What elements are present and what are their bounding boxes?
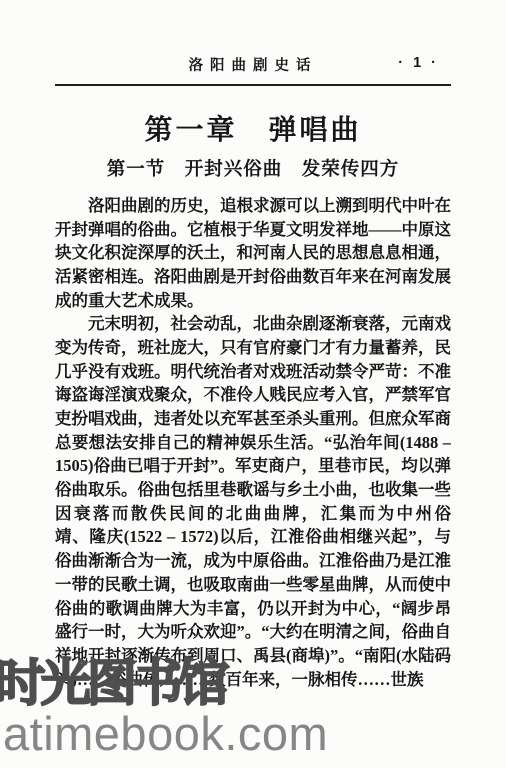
body-line: 诲盗诲淫演戏聚众，不准伶人贱民应考入官，严禁军官皂	[55, 383, 451, 407]
body-line: 俗曲渐渐合为一流，成为中原俗曲。江淮俗曲乃是江淮	[55, 549, 451, 573]
body-line: 成的重大艺术成果。	[55, 289, 451, 313]
scanned-book-page: 洛阳曲剧史话 · 1 · 第一章 弹唱曲 第一节 开封兴俗曲 发荣传四方 洛阳曲…	[0, 0, 506, 768]
body-line: 洛阳曲剧的历史，追根求源可以上溯到明代中叶在	[55, 194, 451, 218]
watermark-sitename-text: 时光图书馆	[0, 658, 225, 708]
body-line: 盛行一时，大为听众欢迎”。“大约在明清之间，俗曲自发	[55, 620, 451, 644]
body-line: 几乎没有戏班。明代统治者对戏班活动禁令严苛：不准	[55, 360, 451, 384]
body-line: 一带的民歌土调，也吸取南曲一些零星曲牌，从而使中原	[55, 573, 451, 597]
book-title: 洛阳曲剧史话	[55, 54, 451, 75]
body-line: 俗曲的歌调曲牌大为丰富，仍以开封为中心，“阔步昂然，	[55, 597, 451, 621]
body-line: 吏扮唱戏曲，违者处以充军甚至杀头重刑。但庶众军商	[55, 407, 451, 431]
body-line: 因衰落而散佚民间的北曲曲牌，汇集而为中州俗曲。“嘉	[55, 502, 451, 526]
text-block: 洛阳曲剧史话 · 1 · 第一章 弹唱曲 第一节 开封兴俗曲 发荣传四方 洛阳曲…	[55, 0, 451, 691]
body-line: 俗曲取乐。俗曲包括里巷歌谣与乡土小曲，也收集一些	[55, 478, 451, 502]
header-divider-rule	[55, 84, 451, 86]
body-line: 活紧密相连。洛阳曲剧是开封俗曲数百年来在河南发展	[55, 265, 451, 289]
running-header: 洛阳曲剧史话 · 1 ·	[55, 54, 451, 72]
body-line: 1505)俗曲已唱于开封”。军吏商户，里巷市民，均以弹唱	[55, 454, 451, 478]
body-line: 块文化积淀深厚的沃土，和河南人民的思想息息相通，生	[55, 241, 451, 265]
watermark-url-text: atimebook.com	[3, 708, 328, 760]
body-line: 元末明初，社会动乱，北曲杂剧逐渐衰落，元南戏转	[55, 312, 451, 336]
body-text: 洛阳曲剧的历史，追根求源可以上溯到明代中叶在 开封弹唱的俗曲。它植根于华夏文明发…	[55, 194, 451, 691]
body-line: 总要想法安排自己的精神娱乐生活。“弘治年间(1488 –	[55, 431, 451, 455]
body-line: 靖、隆庆(1522 – 1572)以后，江淮俗曲相继兴起”，与中州	[55, 525, 451, 549]
section-title: 第一节 开封兴俗曲 发荣传四方	[55, 159, 451, 178]
chapter-title: 第一章 弹唱曲	[55, 115, 451, 144]
body-line: 开封弹唱的俗曲。它植根于华夏文明发祥地——中原这	[55, 218, 451, 242]
body-line: 变为传奇，班社庞大，只有官府豪门才有力量蓄养，民间	[55, 336, 451, 360]
page-number: · 1 ·	[398, 55, 439, 71]
